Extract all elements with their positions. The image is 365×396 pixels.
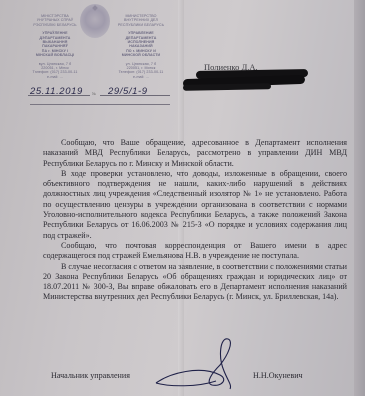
letterhead-line: РЭСПУБЛІКІ БЕЛАРУСЬ [24, 23, 86, 27]
letterhead-line: РЕСПУБЛИКИ БЕЛАРУСЬ [110, 23, 172, 27]
paper-edge [354, 0, 365, 396]
letterhead-left-belarusian: МІНІСТЭРСТВА УНУТРАНЫХ СПРАЎ РЭСПУБЛІКІ … [24, 14, 86, 79]
reference-underline [30, 104, 170, 105]
registration-date: 25.11.2019 [30, 86, 83, 97]
paragraph-inspection-result: В ходе проверки установлено, что доводы,… [43, 169, 347, 241]
registration-number: 29/5/1-9 [108, 86, 148, 97]
paragraph-review-notice: Сообщаю, что Ваше обращение, адресованно… [43, 138, 347, 169]
letterhead-line: e-mail: ... [24, 75, 86, 79]
signatory-title: Начальник управления [51, 371, 130, 380]
paragraph-appeal-rights: В случае несогласия с ответом на заявлен… [43, 262, 347, 303]
handwritten-signature-icon [150, 335, 240, 390]
signatory-name: Н.Н.Окуневич [253, 371, 303, 380]
letter-body: Сообщаю, что Ваше обращение, адресованно… [43, 138, 347, 303]
letterhead-line: e-mail: ... [110, 75, 172, 79]
paragraph-correspondence: Сообщаю, что почтовая корреспонденция от… [43, 241, 347, 262]
registration-number-label: № [92, 91, 96, 96]
letterhead-right-russian: МИНИСТЕРСТВО ВНУТРЕННИХ ДЕЛ РЕСПУБЛИКИ Б… [110, 14, 172, 79]
